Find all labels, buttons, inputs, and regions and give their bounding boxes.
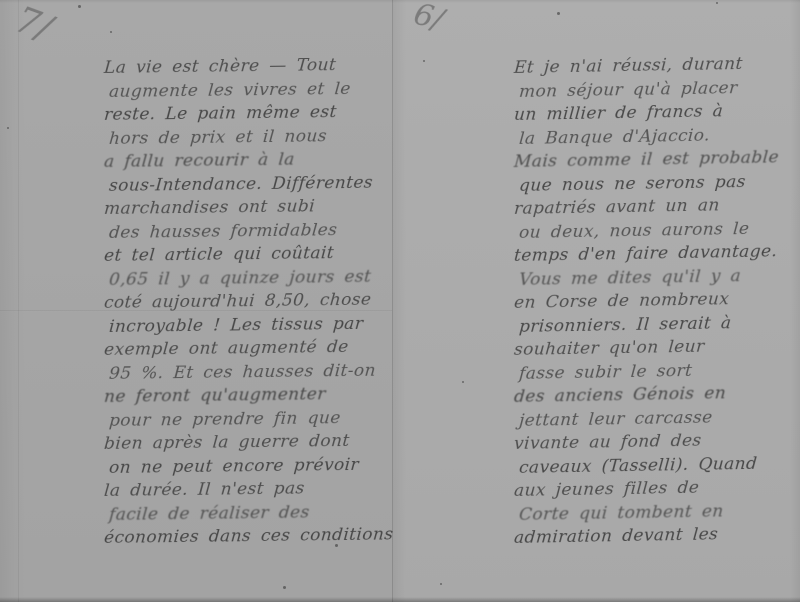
handwritten-line: hors de prix et il nous (108, 124, 394, 151)
dust-speck (557, 12, 560, 15)
handwritten-line: des hausses formidables (108, 218, 394, 245)
dust-speck (440, 583, 442, 585)
dust-speck (7, 127, 9, 129)
dust-speck (110, 31, 112, 33)
handwritten-line: on ne peut encore prévoir (108, 453, 394, 480)
handwritten-line: ne feront qu'augmenter (103, 382, 394, 409)
handwritten-line: sous-Intendance. Différentes (108, 171, 394, 198)
handwritten-line: et tel article qui coûtait (103, 241, 394, 268)
handwritten-line: admiration devant les (513, 522, 780, 550)
handwritten-line: facile de réaliser des (108, 500, 394, 527)
handwritten-text-left: La vie est chère — Tout augmente les viv… (104, 57, 393, 551)
handwritten-line: reste. Le pain même est (103, 100, 394, 127)
dust-speck (78, 5, 81, 8)
handwritten-line: marchandises ont subi (103, 194, 394, 221)
handwritten-line: coté aujourd'hui 8,50, chose (103, 288, 394, 315)
handwritten-line: 0,65 il y a quinze jours est (108, 265, 394, 292)
handwritten-line: la durée. Il n'est pas (103, 476, 394, 503)
dust-speck (283, 586, 286, 589)
handwritten-line: La vie est chère — Tout (103, 53, 394, 80)
dust-speck (423, 60, 425, 62)
handwritten-line: augmente les vivres et le (108, 77, 394, 104)
handwritten-text-right: Et je n'ai réussi, durant mon séjour qu'… (514, 57, 779, 551)
handwritten-line: pour ne prendre fin que (108, 406, 394, 433)
handwritten-line: exemple ont augmenté de (103, 335, 394, 362)
scanned-letter: 7/ 6/ La vie est chère — Tout augmente l… (0, 0, 800, 602)
scan-edge-top (0, 0, 800, 3)
handwritten-line: économies dans ces conditions (103, 523, 394, 550)
dust-speck (335, 544, 338, 547)
handwritten-line: incroyable ! Les tissus par (108, 312, 394, 339)
scan-edge-bottom (0, 597, 800, 602)
handwritten-line: 95 %. Et ces hausses dit-on (108, 359, 394, 386)
dust-speck (462, 381, 464, 383)
handwritten-line: a fallu recourir à la (103, 147, 394, 174)
handwritten-line: bien après la guerre dont (103, 429, 394, 456)
